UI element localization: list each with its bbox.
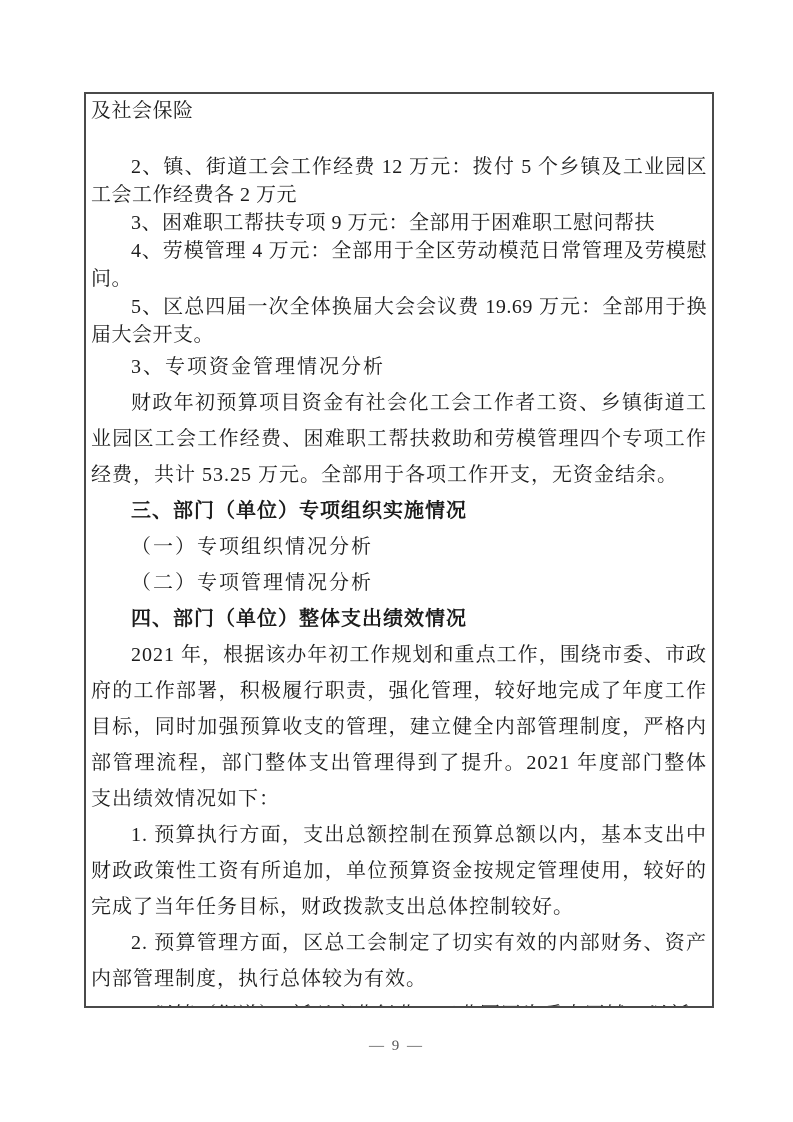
report-table-cell: 及社会保险 2、镇、街道工会工作经费 12 万元：拨付 5 个乡镇及工业园区工会… xyxy=(84,92,714,1008)
paragraph-fund-analysis-body: 财政年初预算项目资金有社会化工会工作者工资、乡镇街道工业园区工会工作经费、困难职… xyxy=(91,385,707,493)
subsection-heading-fund-analysis: 3、专项资金管理情况分析 xyxy=(91,349,707,385)
document-page: 及社会保险 2、镇、街道工会工作经费 12 万元：拨付 5 个乡镇及工业园区工会… xyxy=(0,0,793,1122)
subsection-heading-3-2: （二）专项管理情况分析 xyxy=(91,565,707,601)
paragraph-fund-item-2: 2、镇、街道工会工作经费 12 万元：拨付 5 个乡镇及工业园区工会工作经费各 … xyxy=(91,153,707,209)
section-heading-4: 四、部门（单位）整体支出绩效情况 xyxy=(91,601,707,637)
section-heading-3: 三、部门（单位）专项组织实施情况 xyxy=(91,493,707,529)
paragraph-performance-item-3: 3. 以镇（街道）、新兴产业行业、工业园区为重点区域，以新 xyxy=(91,997,707,1008)
paragraph-fund-item-5: 5、区总四届一次全体换届大会会议费 19.69 万元：全部用于换届大会开支。 xyxy=(91,293,707,349)
paragraph-fund-item-3: 3、困难职工帮扶专项 9 万元：全部用于困难职工慰问帮扶 xyxy=(91,209,707,237)
paragraph-overall-performance-intro: 2021 年，根据该办年初工作规划和重点工作，围绕市委、市政府的工作部署，积极履… xyxy=(91,637,707,817)
paragraph-performance-item-2: 2. 预算管理方面，区总工会制定了切实有效的内部财务、资产内部管理制度，执行总体… xyxy=(91,925,707,997)
paragraph-continuation: 及社会保险 xyxy=(91,97,707,125)
paragraph-fund-item-4: 4、劳模管理 4 万元：全部用于全区劳动模范日常管理及劳模慰问。 xyxy=(91,237,707,293)
paragraph-performance-item-1: 1. 预算执行方面，支出总额控制在预算总额以内，基本支出中财政政策性工资有所追加… xyxy=(91,817,707,925)
page-number: — 9 — xyxy=(0,1038,793,1055)
subsection-heading-3-1: （一）专项组织情况分析 xyxy=(91,529,707,565)
